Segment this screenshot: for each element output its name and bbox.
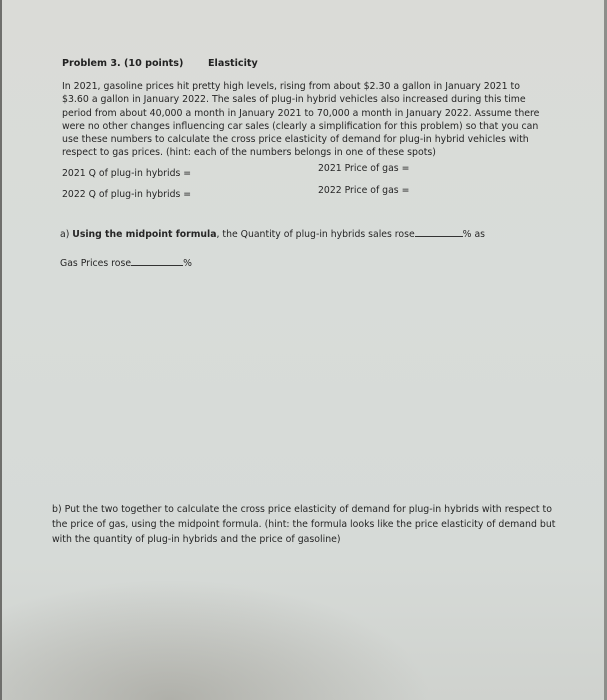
page-edge-left bbox=[0, 0, 2, 700]
problem-header: Problem 3. (10 points) Elasticity bbox=[62, 58, 183, 69]
gas-line-suffix: % bbox=[183, 258, 192, 269]
problem-label: Problem 3. (10 points) bbox=[62, 58, 183, 69]
problem-topic: Elasticity bbox=[208, 58, 258, 69]
field-p2022: 2022 Price of gas = bbox=[318, 185, 409, 196]
part-b-question: b) Put the two together to calculate the… bbox=[52, 502, 562, 547]
part-a-bold: Using the midpoint formula bbox=[72, 229, 216, 240]
part-a-prefix: a) bbox=[60, 229, 72, 240]
bleed-through-text bbox=[170, 43, 174, 53]
gas-price-change-blank[interactable] bbox=[131, 256, 183, 266]
gas-price-line: Gas Prices rose% bbox=[60, 256, 192, 269]
part-a-suffix: % as bbox=[463, 229, 485, 240]
field-q2021: 2021 Q of plug-in hybrids = bbox=[62, 168, 191, 179]
part-a-question: a) Using the midpoint formula, the Quant… bbox=[60, 227, 485, 240]
part-a-text: , the Quantity of plug-in hybrids sales … bbox=[217, 229, 415, 240]
worksheet-photo: Problem 3. (10 points) Elasticity In 202… bbox=[0, 0, 607, 700]
problem-intro: In 2021, gasoline prices hit pretty high… bbox=[62, 80, 542, 160]
field-q2022: 2022 Q of plug-in hybrids = bbox=[62, 189, 191, 200]
gas-line-prefix: Gas Prices rose bbox=[60, 258, 131, 269]
quantity-change-blank[interactable] bbox=[415, 227, 463, 237]
field-p2021: 2021 Price of gas = bbox=[318, 163, 409, 174]
